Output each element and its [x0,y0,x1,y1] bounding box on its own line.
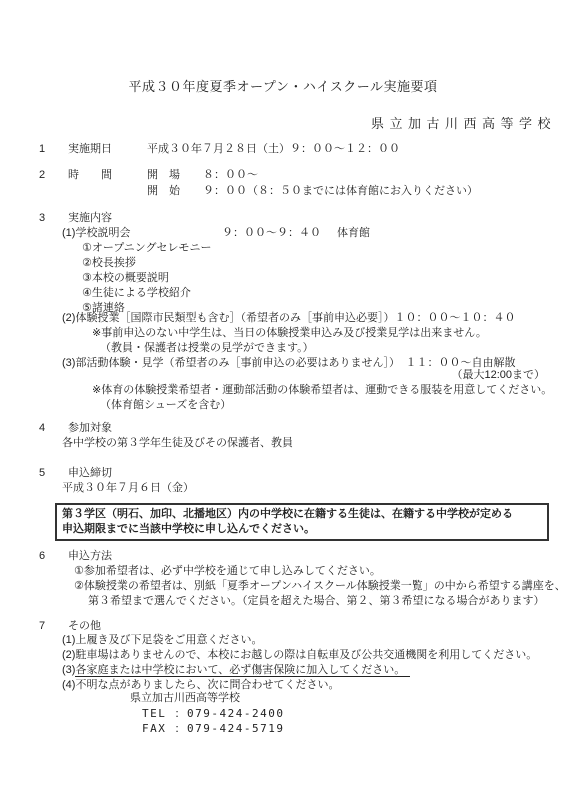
section7-heading: その他 [68,619,101,633]
application-step2-continued: 第３希望まで選んでください。（定員を超えた場合、第２、第３希望になる場合がありま… [88,594,545,608]
other-item-inquiries: (4)不明な点がありましたら、次に問合わせてください。 [62,678,339,692]
agenda-item-principal: ②校長挨拶 [82,256,136,270]
issuing-school-name: 県立加古川西高等学校 [371,117,556,131]
contact-tel: TEL ：079-424-2400 [142,707,284,721]
gym-shoes-note: （体育館シューズを含む） [100,398,231,412]
application-step1: ①参加希望者は、必ず中学校を通じて申し込みしてください。 [74,564,381,578]
doors-open-row: 開 場８：００～ [147,168,258,182]
doors-open-label: 開 場 [147,168,203,182]
section6-number: 6 [39,549,45,563]
other-item4-text: 不明な点がありましたら、次に問合わせてください。 [75,679,339,691]
section3-heading: 実施内容 [68,211,112,225]
other-item1-text: 上履き及び下足袋をご用意ください。 [75,634,262,646]
start-time-value: ９：００（８：５０までには体育館にお入りください） [203,185,478,197]
section3-number: 3 [39,211,45,225]
event-date: 平成３０年７月２８日（土）９：００～１２：００ [147,142,400,156]
school-briefing-row: (1)学校説明会９：００～９：４０体育館 [62,226,370,240]
trial-lesson-row: (2)体験授業［国際市民類型も含む］（希望者のみ［事前申込必要］）１０：００～１… [62,311,515,325]
document-page: 平成３０年度夏季オープン・ハイスクール実施要項 県立加古川西高等学校 1 実施期… [0,0,566,800]
other-item-insurance: (3)各家庭または中学校において、必ず傷害保険に加入してください。 [62,663,410,677]
other-item-slippers: (1)上履き及び下足袋をご用意ください。 [62,633,262,647]
sports-clothing-note: ※体育の体験授業希望者・運動部活動の体験希望者は、運動できる服装を用意してくださ… [92,383,552,397]
section1-number: 1 [39,142,45,156]
other-item-parking: (2)駐車場はありませんので、本校にお越しの際は自転車及び公共交通機関を利用して… [62,648,537,662]
contact-school-name: 県立加古川西高等学校 [130,691,240,705]
deadline-notice-line2: 申込期限までに当該中学校に申し込んでください。 [62,522,542,537]
other-item3-text: 各家庭または中学校において、必ず傷害保険に加入してください。 [75,664,410,677]
club-visit-endtime-note: （最大12:00まで） [451,368,545,382]
school-briefing-label: (1)学校説明会 [62,226,222,240]
application-step2: ②体験授業の希望者は、別紙「夏季オープンハイスクール体験授業一覧」の中から希望す… [74,579,566,593]
start-time-label: 開 始 [147,184,203,198]
agenda-item-overview: ③本校の概要説明 [82,271,169,285]
agenda-item-opening: ①オープニングセレモニー [82,241,212,255]
doors-open-time: ８：００～ [203,169,258,181]
section2-heading: 時 間 [68,168,112,182]
trial-lesson-subnote: （教員・保護者は授業の見学ができます。） [100,341,314,355]
agenda-item-students: ④生徒による学校紹介 [82,286,191,300]
section5-heading: 申込締切 [68,466,112,480]
other-item1-number: (1) [62,634,75,646]
section6-heading: 申込方法 [68,549,112,563]
deadline-notice-line1: 第３学区（明石、加印、北播地区）内の中学校に在籍する生徒は、在籍する中学校が定め… [62,507,542,522]
deadline-notice-box: 第３学区（明石、加印、北播地区）内の中学校に在籍する生徒は、在籍する中学校が定め… [55,503,549,541]
section4-number: 4 [39,421,45,435]
other-item2-text: 駐車場はありませんので、本校にお越しの際は自転車及び公共交通機関を利用してくださ… [75,649,537,661]
contact-fax: FAX ：079-424-5719 [142,722,284,736]
other-item4-number: (4) [62,679,75,691]
section7-number: 7 [39,619,45,633]
application-deadline: 平成３０年７月６日（金） [62,481,194,495]
section1-heading: 実施期日 [68,142,112,156]
school-briefing-place: 体育館 [337,227,370,239]
school-briefing-time: ９：００～９：４０ [222,227,321,239]
eligible-participants: 各中学校の第３学年生徒及びその保護者、教員 [62,436,293,450]
section5-number: 5 [39,466,45,480]
other-item3-number: (3) [62,664,75,676]
section2-number: 2 [39,168,45,182]
trial-lesson-note: ※事前申込のない中学生は、当日の体験授業申込み及び授業見学は出来ません。 [92,326,487,340]
other-item2-number: (2) [62,649,75,661]
document-title: 平成３０年度夏季オープン・ハイスクール実施要項 [0,79,566,94]
club-visit-row: (3)部活動体験・見学（希望者のみ［事前申込の必要はありません］） １１：００～… [62,356,515,370]
start-time-row: 開 始９：００（８：５０までには体育館にお入りください） [147,184,478,198]
section4-heading: 参加対象 [68,421,112,435]
